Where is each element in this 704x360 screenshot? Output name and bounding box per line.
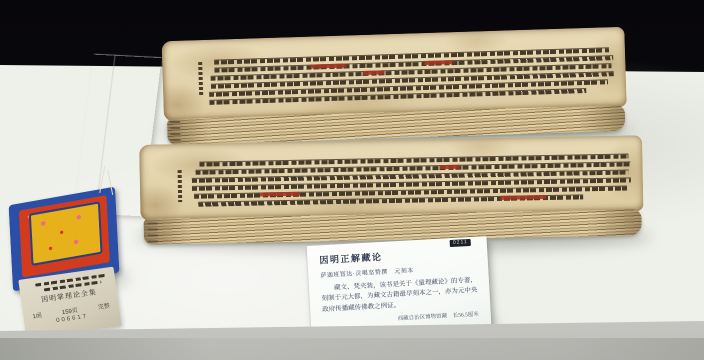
red-rubric — [440, 165, 460, 169]
slip-condition: 完整 — [97, 301, 110, 312]
caption-card: 0211 因明正解藏论 萨迦班智达·贡噶坚赞撰 元刻本 藏文、梵夹装，该书是关于… — [307, 236, 492, 334]
card-id-tag: 0211 — [450, 239, 471, 247]
slip-volume-count: 1函 — [32, 310, 43, 320]
manuscript-top-leaf — [139, 135, 643, 221]
stack-side-inscription — [170, 121, 181, 143]
red-rubric — [260, 192, 300, 197]
red-rubric — [363, 70, 385, 75]
card-description: 藏文、梵夹装，该书是关于《量理藏论》的专著，刻制于元大都，为藏文古籍最早刻本之一… — [321, 276, 478, 316]
manuscript-upper-volume — [161, 27, 627, 145]
platform-edge-shading — [0, 338, 704, 360]
folio-margin-text — [198, 62, 203, 96]
manuscript-lower-volume — [139, 135, 644, 245]
stack-side-inscription — [148, 222, 158, 242]
folio-margin-text — [178, 170, 183, 202]
exhibit-photo: 因明掌理论全集 1函 159页 完整 006617 0211 因明正解藏论 萨迦… — [0, 0, 704, 360]
